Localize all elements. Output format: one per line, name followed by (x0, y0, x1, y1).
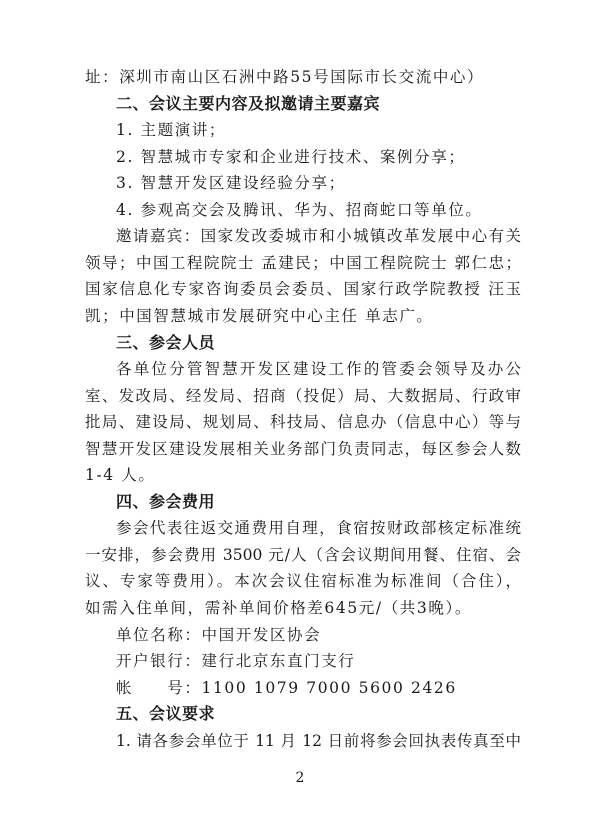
text-line: 邀请嘉宾：国家发改委城市和小城镇改革发展中心有关 (116, 226, 521, 246)
text-line: 国家信息化专家咨询委员会委员、国家行政学院教授 汪玉 (85, 279, 521, 299)
text-line: 一安排，参会费用 3500 元/人（含会议期间用餐、住宿、会 (85, 545, 521, 565)
text-line: 址：深圳市南山区石洲中路55号国际市长交流中心） (85, 67, 521, 87)
text-line: 1. 主题演讲； (116, 120, 521, 140)
text-line: 单位名称：中国开发区协会 (116, 625, 521, 645)
text-line: 1. 请各参会单位于 11 月 12 日前将参会回执表传真至中 (116, 731, 521, 751)
text-line: 议、专家等费用）。本次会议住宿标准为标准间（合住）， (85, 571, 521, 591)
text-line: 开户银行：建行北京东直门支行 (116, 651, 521, 671)
text-line: 室、发改局、经发局、招商（投促）局、大数据局、行政审 (85, 386, 521, 406)
section-heading: 四、参会费用 (116, 492, 521, 512)
text-line: 2. 智慧城市专家和企业进行技术、案例分享； (116, 147, 521, 167)
text-line: 凯；中国智慧城市发展研究中心主任 单志广。 (85, 306, 521, 326)
text-line: 4. 参观高交会及腾讯、华为、招商蛇口等单位。 (116, 200, 521, 220)
section-heading: 三、参会人员 (116, 333, 521, 353)
section-heading: 五、会议要求 (116, 704, 521, 724)
text-line: 如需入住单间，需补单间价格差645元/（共3晚）。 (85, 598, 521, 618)
page-number: 2 (0, 770, 600, 786)
text-line: 智慧开发区建设发展相关业务部门负责同志，每区参会人数 (85, 439, 521, 459)
text-line: 参会代表往返交通费用自理，食宿按财政部核定标准统 (116, 518, 521, 538)
text-line: 帐 号：1100 1079 7000 5600 2426 (116, 678, 521, 698)
text-line: 领导；中国工程院院士 孟建民；中国工程院院士 郭仁忠； (85, 253, 521, 273)
text-line: 批局、建设局、规划局、科技局、信息办（信息中心）等与 (85, 412, 521, 432)
text-line: 3. 智慧开发区建设经验分享； (116, 173, 521, 193)
section-heading: 二、会议主要内容及拟邀请主要嘉宾 (116, 94, 521, 114)
document-page: 址：深圳市南山区石洲中路55号国际市长交流中心）二、会议主要内容及拟邀请主要嘉宾… (0, 0, 600, 827)
text-line: 1-4 人。 (85, 465, 521, 485)
text-line: 各单位分管智慧开发区建设工作的管委会领导及办公 (116, 359, 521, 379)
